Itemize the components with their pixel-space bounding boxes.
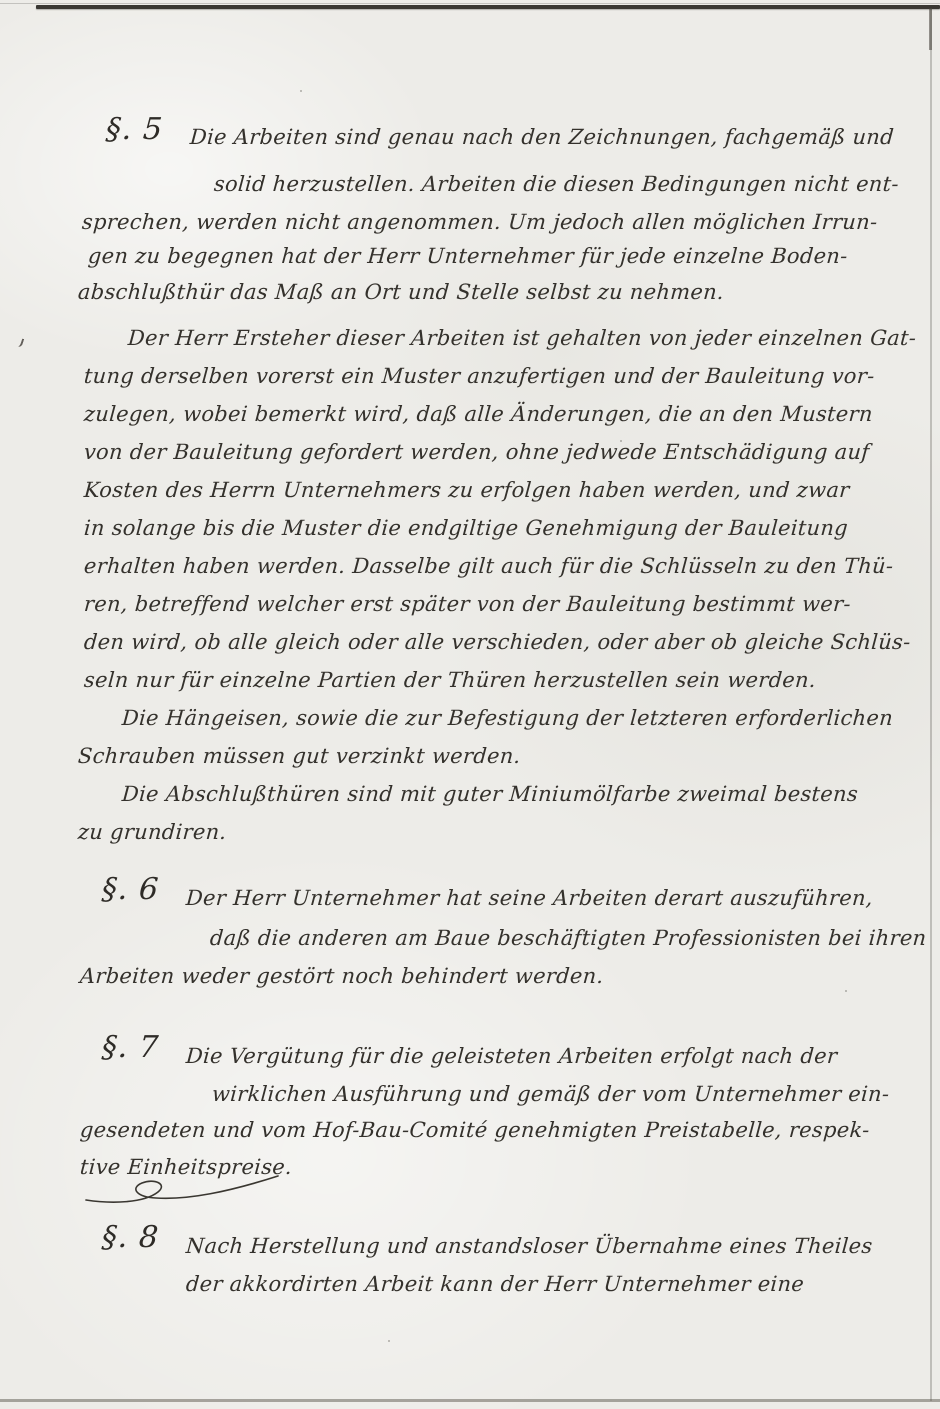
handwritten-line: zu grundiren. bbox=[77, 820, 227, 844]
scanned-document-page: §. 5 Die Arbeiten sind genau nach den Ze… bbox=[0, 0, 940, 1409]
handwritten-line: Die Hängeisen, sowie die zur Befestigung… bbox=[121, 706, 894, 730]
section-heading-6: §. 6 bbox=[101, 872, 161, 907]
handwritten-line: solid herzustellen. Arbeiten die diesen … bbox=[213, 172, 900, 196]
handwritten-line: Der Herr Ersteher dieser Arbeiten ist ge… bbox=[127, 326, 917, 350]
handwritten-line: ren, betreffend welcher erst später von … bbox=[83, 592, 852, 616]
handwritten-line: tung derselben vorerst ein Muster anzufe… bbox=[83, 364, 875, 388]
handwritten-line: erhalten haben werden. Dasselbe gilt auc… bbox=[83, 554, 894, 578]
scan-edge-bottom bbox=[0, 1399, 940, 1402]
paper-speck bbox=[845, 990, 847, 992]
handwritten-line: Kosten des Herrn Unternehmers zu erfolge… bbox=[83, 478, 850, 502]
handwritten-line: Die Arbeiten sind genau nach den Zeichnu… bbox=[189, 125, 895, 149]
handwritten-line: zulegen, wobei bemerkt wird, daß alle Än… bbox=[83, 402, 873, 426]
paper-speck bbox=[300, 90, 302, 92]
handwritten-line: Schrauben müssen gut verzinkt werden. bbox=[77, 744, 521, 768]
scan-edge-top bbox=[36, 5, 940, 9]
paper-speck bbox=[388, 1340, 390, 1342]
handwritten-line: von der Bauleitung gefordert werden, ohn… bbox=[83, 440, 870, 464]
handwritten-line: gesendeten und vom Hof-Bau-Comité genehm… bbox=[79, 1118, 870, 1142]
handwritten-line: Die Abschlußthüren sind mit guter Minium… bbox=[121, 782, 859, 806]
ink-mark-left-margin bbox=[16, 337, 24, 347]
handwritten-line: der akkordirten Arbeit kann der Herr Unt… bbox=[185, 1272, 805, 1296]
handwritten-line: den wird, ob alle gleich oder alle versc… bbox=[83, 630, 911, 654]
scan-edge-top-faint bbox=[0, 3, 940, 4]
handwritten-line: abschlußthür das Maß an Ort und Stelle s… bbox=[77, 280, 725, 304]
handwritten-line: sprechen, werden nicht angenommen. Um je… bbox=[81, 210, 878, 234]
section-heading-7: §. 7 bbox=[101, 1030, 161, 1065]
handwritten-line: in solange bis die Muster die endgiltige… bbox=[83, 516, 849, 540]
handwritten-line: Die Vergütung für die geleisteten Arbeit… bbox=[185, 1044, 838, 1068]
section-heading-5: §. 5 bbox=[105, 112, 165, 147]
handwritten-line: wirklichen Ausführung und gemäß der vom … bbox=[211, 1082, 890, 1106]
handwritten-line: Der Herr Unternehmer hat seine Arbeiten … bbox=[185, 886, 874, 910]
handwritten-line: Nach Herstellung und anstandsloser Übern… bbox=[185, 1234, 873, 1258]
scan-edge-right-dark bbox=[929, 8, 932, 50]
handwritten-line: gen zu begegnen hat der Herr Unternehmer… bbox=[87, 244, 848, 268]
scan-edge-right bbox=[930, 8, 932, 1401]
pen-flourish bbox=[78, 1170, 288, 1210]
handwritten-line: daß die anderen am Baue beschäftigten Pr… bbox=[209, 926, 927, 950]
section-heading-8: §. 8 bbox=[101, 1220, 161, 1255]
handwritten-line: Arbeiten weder gestört noch behindert we… bbox=[79, 964, 604, 988]
handwritten-line: seln nur für einzelne Partien der Thüren… bbox=[83, 668, 817, 692]
